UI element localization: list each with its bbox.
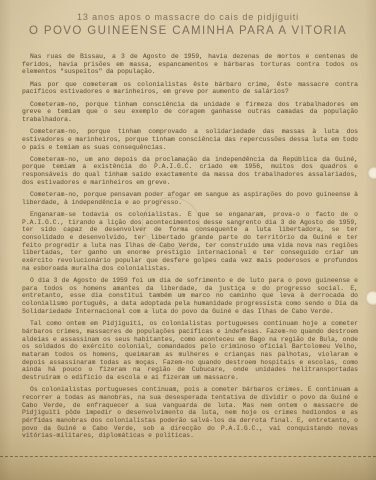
- document-title: 13 anos apos o massacre do cais de pidji…: [0, 12, 376, 37]
- paragraph: O dia 3 de Agosto de 1959 foi um dia de …: [22, 277, 358, 316]
- hole-punch-top: [368, 167, 376, 179]
- paragraph: Cometeram-no, porque pensavam poder afog…: [22, 191, 358, 206]
- paragraph: Cometeram-no, porque tinham comprovado a…: [22, 128, 358, 151]
- paragraph: Enganaram-se todavia os colonialistas. E…: [22, 211, 358, 273]
- title-line-1: 13 anos apos o massacre do cais de pidji…: [0, 12, 376, 22]
- title-line-2: O POVO GUINEENSE CAMINHA PARA A VITORIA: [0, 25, 376, 37]
- paragraph: Cometeram-no, um ano depois da proclamaç…: [22, 156, 358, 187]
- paragraph: Mas por que cometeram os colonialistas ê…: [22, 81, 358, 96]
- paragraph: Nas ruas de Bissau, a 3 de Agosto de 195…: [22, 53, 358, 76]
- paragraph: Tal como ontem em Pidjiguiti, os colonia…: [22, 320, 358, 382]
- scanned-document-page: 13 anos apos o massacre do cais de pidji…: [0, 0, 376, 480]
- document-body: Nas ruas de Bissau, a 3 de Agosto de 195…: [22, 53, 358, 445]
- paragraph: Cometeram-no, porque tinham consciência …: [22, 101, 358, 124]
- hole-punch-bottom: [366, 291, 376, 305]
- perforation-line: [0, 456, 376, 457]
- paragraph: Os colonialistas portugueses continuam, …: [22, 386, 358, 440]
